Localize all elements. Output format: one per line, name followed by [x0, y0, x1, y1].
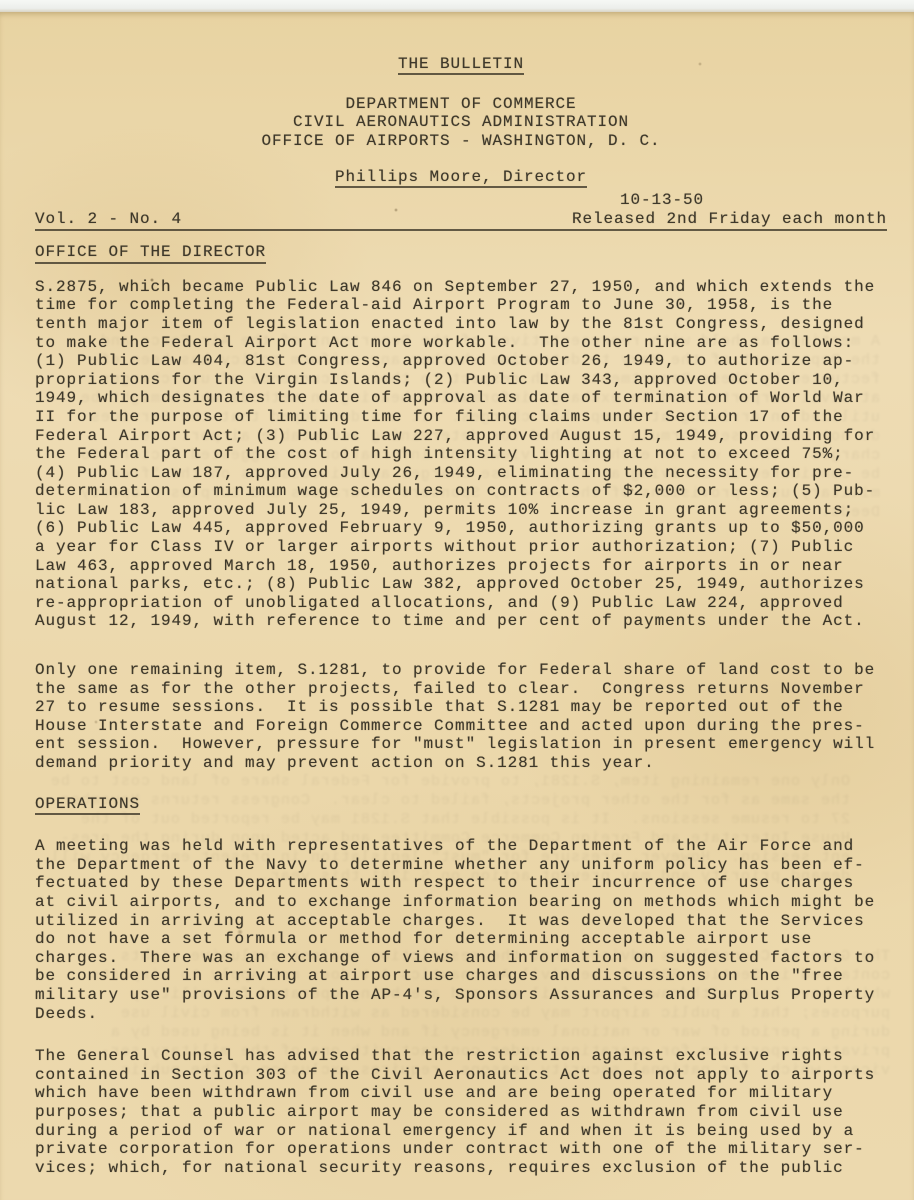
director-row: Phillips Moore, Director: [35, 168, 887, 187]
scanner-background-strip: [0, 0, 914, 12]
org-line-administration: CIVIL AERONAUTICS ADMINISTRATION: [35, 113, 887, 132]
org-line-department: DEPARTMENT OF COMMERCE: [35, 95, 887, 114]
volume-row: Vol. 2 - No. 4 Released 2nd Friday each …: [35, 210, 887, 232]
paragraph: A meeting was held with representatives …: [35, 837, 887, 1023]
release-note: Released 2nd Friday each month: [572, 210, 887, 229]
director-line: Phillips Moore, Director: [335, 168, 587, 188]
paragraph: The General Counsel has advised that the…: [35, 1047, 887, 1177]
document-content: THE BULLETIN DEPARTMENT OF COMMERCE CIVI…: [0, 12, 887, 1177]
paragraph: S.2875, which became Public Law 846 on S…: [35, 278, 887, 631]
section-heading-operations: OPERATIONS: [35, 795, 140, 816]
volume-label: Vol. 2 - No. 4: [35, 210, 182, 229]
bulletin-page: A meeting was held with representatives …: [0, 12, 914, 1200]
org-line-office: OFFICE OF AIRPORTS - WASHINGTON, D. C.: [35, 132, 887, 151]
masthead: THE BULLETIN: [35, 55, 887, 74]
section-operations: OPERATIONS A meeting was held with repre…: [35, 773, 887, 1178]
paragraph: Only one remaining item, S.1281, to prov…: [35, 661, 887, 773]
issue-date: 10-13-50: [620, 191, 704, 209]
date-row: 10-13-50: [35, 191, 887, 210]
section-heading-office-of-director: OFFICE OF THE DIRECTOR: [35, 243, 266, 264]
page-title: THE BULLETIN: [398, 55, 524, 75]
section-office-of-director: OFFICE OF THE DIRECTOR S.2875, which bec…: [35, 231, 887, 772]
organization-block: DEPARTMENT OF COMMERCE CIVIL AERONAUTICS…: [35, 95, 887, 151]
